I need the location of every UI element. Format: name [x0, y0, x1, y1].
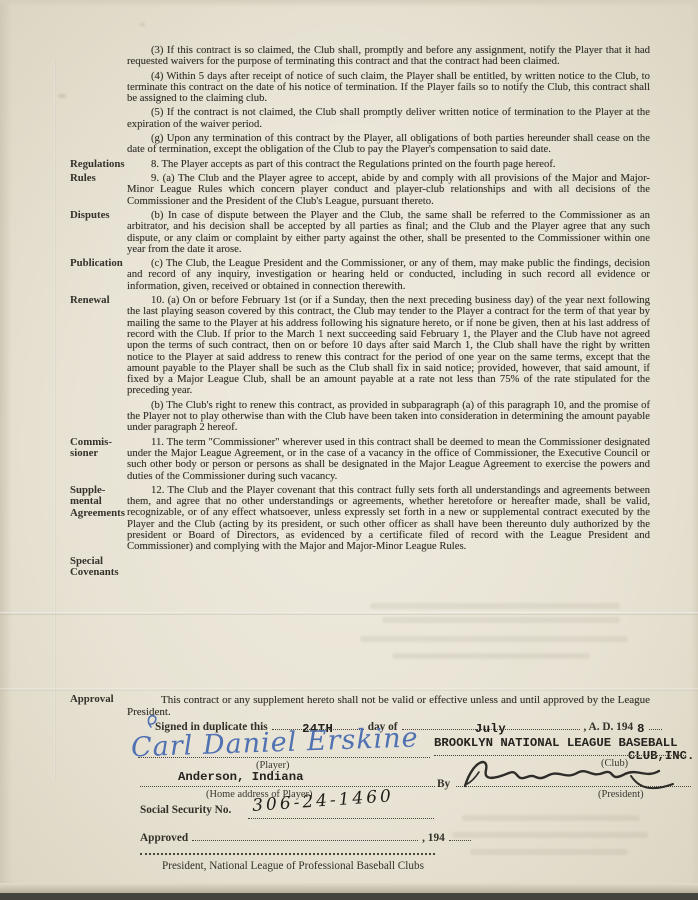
vertical-fold-crease	[54, 60, 56, 780]
approved-year-prefix: , 194	[422, 832, 445, 844]
foxing-spot	[140, 23, 145, 26]
margin-label	[70, 400, 127, 434]
clause-special-covenants: Special Covenants	[70, 556, 650, 579]
clause-text: (c) The Club, the League President and t…	[127, 258, 650, 292]
margin-label	[70, 45, 127, 68]
president-caption: (President)	[598, 789, 644, 800]
clause-renewal-b: (b) The Club's right to renew this contr…	[70, 400, 650, 434]
clause-g: (g) Upon any termination of this contrac…	[70, 133, 650, 156]
clause-text: 10. (a) On or before February 1st (or if…	[127, 295, 650, 397]
president-signature	[455, 752, 690, 796]
clause-3: (3) If this contract is so claimed, the …	[70, 45, 650, 68]
margin-label	[70, 107, 127, 130]
clause-text: 12. The Club and the Player covenant tha…	[127, 485, 650, 553]
scan-edge-left	[0, 0, 12, 900]
ssn-fill-line	[248, 818, 434, 819]
league-president-signature-line	[140, 853, 435, 855]
bleed-through-ghost	[370, 603, 620, 609]
margin-label-supplemental: Supple- mental Agreements	[70, 485, 127, 553]
scan-edge-right	[691, 0, 698, 900]
home-address-value: Anderson, Indiana	[178, 770, 303, 784]
clause-text: (5) If the contract is not claimed, the …	[127, 107, 650, 130]
clause-text: 9. (a) The Club and the Player agree to …	[127, 173, 650, 207]
scan-edge-bottom	[0, 893, 698, 900]
clause-renewal: Renewal 10. (a) On or before February 1s…	[70, 295, 650, 397]
clause-text: (b) The Club's right to renew this contr…	[127, 400, 650, 434]
margin-label-approval: Approval	[70, 694, 127, 718]
margin-label	[70, 133, 127, 156]
clause-text: (g) Upon any termination of this contrac…	[127, 133, 650, 156]
margin-label-special-covenants: Special Covenants	[70, 556, 127, 579]
clause-text: 8. The Player accepts as part of this co…	[127, 159, 650, 170]
year-digit: 8	[637, 722, 645, 736]
player-signature-line	[138, 757, 430, 758]
bleed-through-ghost	[382, 617, 620, 623]
margin-label-rules: Rules	[70, 173, 127, 207]
margin-label-renewal: Renewal	[70, 295, 127, 397]
approved-fill-line	[192, 828, 418, 841]
clause-4: (4) Within 5 days after receipt of notic…	[70, 71, 650, 105]
ad-prefix: , A. D. 194	[584, 721, 634, 733]
approval-text: This contract or any supplement hereto s…	[127, 694, 650, 718]
clause-text	[127, 556, 650, 579]
league-president-caption: President, National League of Profession…	[162, 860, 424, 872]
year-fill-line	[649, 717, 662, 730]
clause-text: (3) If this contract is so claimed, the …	[127, 45, 650, 68]
bleed-through-ghost	[452, 832, 648, 838]
approved-line: Approved , 194	[140, 828, 471, 846]
ssn-label: Social Security No.	[140, 804, 231, 816]
clause-supplemental-agreements: Supple- mental Agreements 12. The Club a…	[70, 485, 650, 553]
contract-clauses: (3) If this contract is so claimed, the …	[70, 45, 650, 581]
clause-regulations: Regulations 8. The Player accepts as par…	[70, 159, 650, 170]
bleed-through-ghost	[462, 815, 640, 821]
scan-edge-top	[0, 0, 698, 7]
clause-5: (5) If the contract is not claimed, the …	[70, 107, 650, 130]
by-label: By	[437, 778, 450, 790]
month-value: July	[475, 722, 506, 736]
scan-shadow-bottom	[0, 883, 698, 893]
club-name-line1: BROOKLYN NATIONAL LEAGUE BASEBALL	[434, 736, 678, 750]
clause-rules: Rules 9. (a) The Club and the Player agr…	[70, 173, 650, 207]
bleed-through-ghost	[360, 636, 628, 642]
clause-text: (4) Within 5 days after receipt of notic…	[127, 71, 650, 105]
foxing-spot	[58, 94, 66, 98]
bleed-through-ghost	[470, 849, 628, 855]
horizontal-fold-crease	[0, 612, 698, 615]
clause-commissioner: Commis- sioner 11. The term "Commissione…	[70, 437, 650, 482]
clause-publication: Publication (c) The Club, the League Pre…	[70, 258, 650, 292]
clause-disputes: Disputes (b) In case of dispute between …	[70, 210, 650, 255]
contract-document-page: (3) If this contract is so claimed, the …	[0, 0, 698, 900]
clause-text: 11. The term "Commissioner" wherever use…	[127, 437, 650, 482]
clause-text: (b) In case of dispute between the Playe…	[127, 210, 650, 255]
margin-label-disputes: Disputes	[70, 210, 127, 255]
approved-label: Approved	[140, 832, 188, 844]
bleed-through-ghost	[392, 653, 590, 659]
margin-label-publication: Publication	[70, 258, 127, 292]
approved-year-fill-line	[449, 828, 471, 841]
margin-label-commissioner: Commis- sioner	[70, 437, 127, 482]
margin-label	[70, 71, 127, 105]
horizontal-fold-crease	[0, 688, 698, 691]
margin-label-regulations: Regulations	[70, 159, 127, 170]
